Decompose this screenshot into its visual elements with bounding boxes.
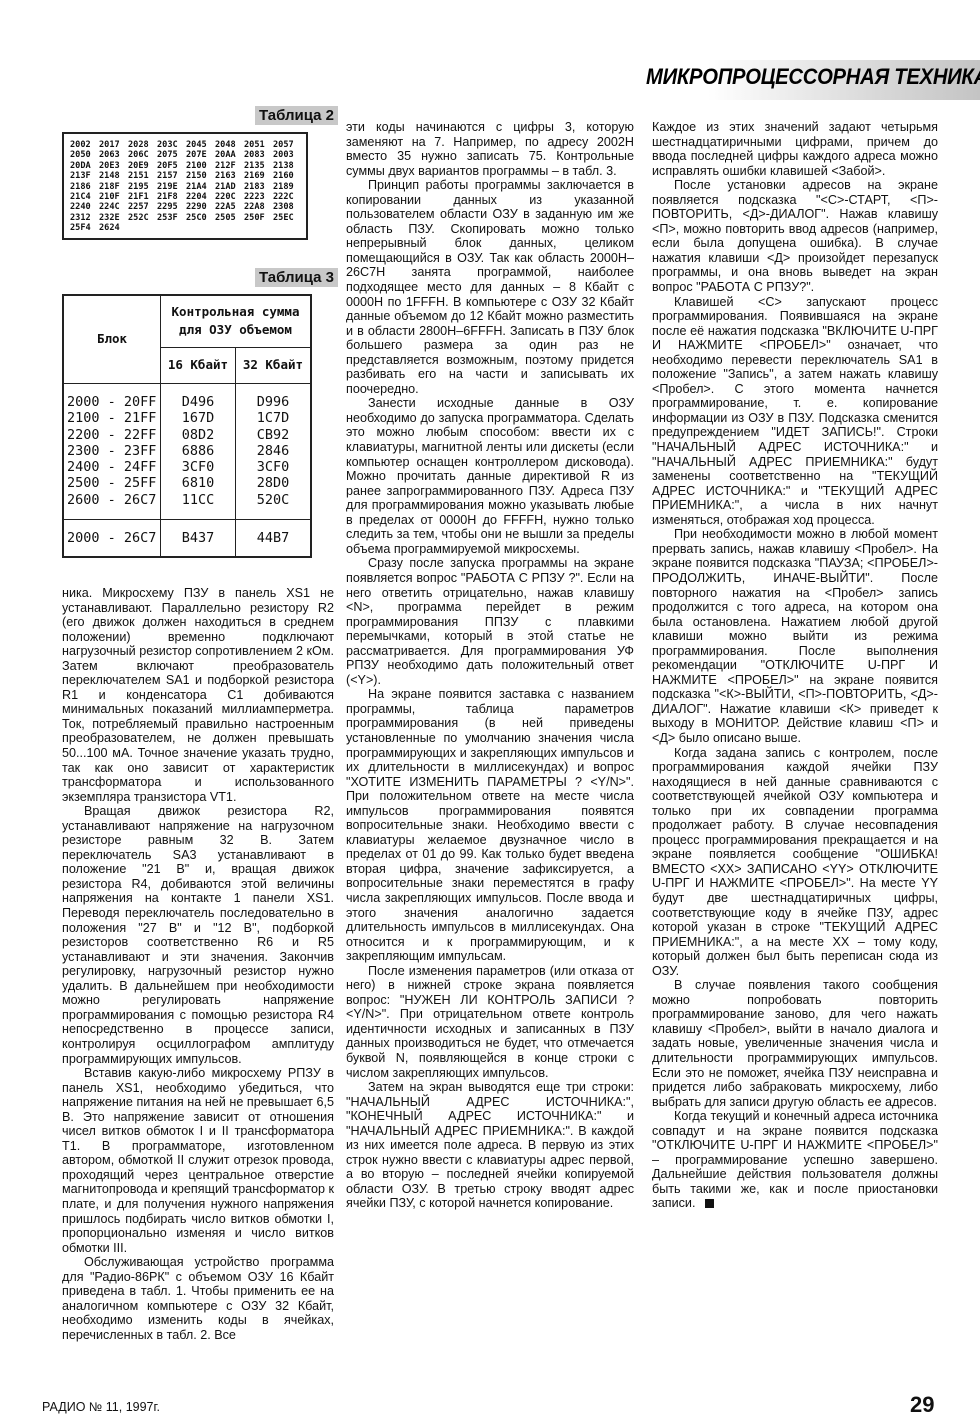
table2-cell: 2075 bbox=[157, 150, 186, 160]
table2-cell: 213F bbox=[70, 171, 99, 181]
table3-cell: 2300 - 23FF bbox=[67, 443, 160, 459]
table2-cell: 218F bbox=[99, 182, 128, 192]
paragraph: При необходимости можно в любой момент п… bbox=[652, 527, 938, 745]
table3-header-32k: 32 Кбайт bbox=[235, 347, 311, 383]
table2-cell: 2150 bbox=[186, 171, 215, 181]
table2-cell: 222C bbox=[273, 192, 302, 202]
table3-cell: D496 bbox=[161, 394, 235, 410]
page-number: 29 bbox=[910, 1392, 934, 1418]
table2: 200220172028203C204520482051205720502063… bbox=[62, 132, 308, 240]
table2-cell: 25C0 bbox=[186, 213, 215, 223]
table2-cell: 2160 bbox=[273, 171, 302, 181]
table2-cell: 21AD bbox=[215, 182, 244, 192]
paragraph: Занести исходные данные в ОЗУ необходимо… bbox=[346, 396, 634, 556]
table2-cell: 2312 bbox=[70, 213, 99, 223]
table2-cell: 2063 bbox=[99, 150, 128, 160]
table2-cell: 2290 bbox=[186, 202, 215, 212]
section-title: МИКРОПРОЦЕССОРНАЯ ТЕХНИКА bbox=[646, 64, 980, 90]
table2-cell: 20DA bbox=[70, 161, 99, 171]
paragraph-final: Когда текущий и конечный адреса источник… bbox=[652, 1109, 938, 1211]
table2-cell: 210F bbox=[99, 192, 128, 202]
table2-cell: 2135 bbox=[244, 161, 273, 171]
table2-cell: 20AA bbox=[215, 150, 244, 160]
table3-cell: 3CF0 bbox=[236, 459, 310, 475]
paragraph: ника. Микросхему ПЗУ в панель XS1 не уст… bbox=[62, 586, 334, 804]
table2-cell: 2183 bbox=[244, 182, 273, 192]
table3-cell: 2846 bbox=[236, 443, 310, 459]
table2-cell: 2505 bbox=[215, 213, 244, 223]
table2-cell: 20F5 bbox=[157, 161, 186, 171]
paragraph: Каждое из этих значений задают четырьмя … bbox=[652, 120, 938, 178]
table2-cell: 2204 bbox=[186, 192, 215, 202]
table2-cell: 220C bbox=[215, 192, 244, 202]
table3-cell: 2200 - 22FF bbox=[67, 427, 160, 443]
table3-cell: 1C7D bbox=[236, 410, 310, 426]
table2-cell: 2308 bbox=[273, 202, 302, 212]
text-column-left: ника. Микросхему ПЗУ в панель XS1 не уст… bbox=[62, 586, 334, 1342]
table3-cell: 2500 - 25FF bbox=[67, 475, 160, 491]
table2-cell: 22A5 bbox=[215, 202, 244, 212]
table3-cell: CB92 bbox=[236, 427, 310, 443]
table3-cell: D996 bbox=[236, 394, 310, 410]
table2-cell: 2045 bbox=[186, 140, 215, 150]
table2-cell: 2163 bbox=[215, 171, 244, 181]
paragraph: Принцип работы программы заключается в к… bbox=[346, 178, 634, 396]
table3-total-block: 2000 - 26C7 bbox=[63, 519, 161, 557]
publication-footer: РАДИО № 11, 1997г. bbox=[42, 1400, 160, 1414]
table3-32k-column: D9961C7DCB9228463CF028D0520C bbox=[235, 383, 311, 519]
paragraph: Вставив какую-либо микросхему РПЗУ в пан… bbox=[62, 1066, 334, 1255]
table2-cell: 2257 bbox=[128, 202, 157, 212]
table2-cell: 2240 bbox=[70, 202, 99, 212]
table2-cell: 232E bbox=[99, 213, 128, 223]
paragraph: Затем на экран выводятся еще три строки:… bbox=[346, 1080, 634, 1211]
table2-cell: 21F8 bbox=[157, 192, 186, 202]
table2-cell: 207E bbox=[186, 150, 215, 160]
table3-header-checksum: Контрольная сумма для ОЗУ объемом bbox=[161, 295, 312, 347]
table2-cell: 2189 bbox=[273, 182, 302, 192]
table3-caption: Таблица 3 bbox=[255, 268, 338, 287]
table2-cell: 2028 bbox=[128, 140, 157, 150]
table3-header-block: Блок bbox=[63, 295, 161, 383]
table3-cell: 08D2 bbox=[161, 427, 235, 443]
table3-total-16k: B437 bbox=[161, 519, 236, 557]
paragraph: Клавишей <С> запускают процесс программи… bbox=[652, 295, 938, 528]
table2-grid: 200220172028203C204520482051205720502063… bbox=[70, 140, 302, 234]
table2-cell: 203C bbox=[157, 140, 186, 150]
table2-cell: 25EC bbox=[273, 213, 302, 223]
paragraph: Вращая движок резистора R2, устанавливаю… bbox=[62, 804, 334, 1066]
table2-cell: 2003 bbox=[273, 150, 302, 160]
table3: Блок Контрольная сумма для ОЗУ объемом 1… bbox=[62, 294, 312, 558]
table2-caption: Таблица 2 bbox=[255, 106, 338, 125]
table2-cell: 252C bbox=[128, 213, 157, 223]
text-column-middle: эти коды начинаются с цифры 3, которую з… bbox=[346, 120, 634, 1211]
paragraph: Сразу после запуска программы на экране … bbox=[346, 556, 634, 687]
table2-cell: 2002 bbox=[70, 140, 99, 150]
table2-cell: 2223 bbox=[244, 192, 273, 202]
table2-cell: 2157 bbox=[157, 171, 186, 181]
table2-cell: 21A4 bbox=[186, 182, 215, 192]
paragraph: эти коды начинаются с цифры 3, которую з… bbox=[346, 120, 634, 178]
table3-total-32k: 44B7 bbox=[235, 519, 311, 557]
table2-cell: 2050 bbox=[70, 150, 99, 160]
table3-cell: 6810 bbox=[161, 475, 235, 491]
table3-cell: 3CF0 bbox=[161, 459, 235, 475]
table2-cell: 22A8 bbox=[244, 202, 273, 212]
table2-cell: 20E3 bbox=[99, 161, 128, 171]
table3-cell: 6886 bbox=[161, 443, 235, 459]
table3-16k-column: D496167D08D268863CF0681011CC bbox=[161, 383, 236, 519]
table2-cell: 212F bbox=[215, 161, 244, 171]
table2-cell: 25F4 bbox=[70, 223, 99, 233]
table2-cell: 2169 bbox=[244, 171, 273, 181]
paragraph: Когда задана запись с контролем, после п… bbox=[652, 746, 938, 979]
table3-block-column: 2000 - 20FF2100 - 21FF2200 - 22FF2300 - … bbox=[63, 383, 161, 519]
paragraph: В случае появления такого сообщения можн… bbox=[652, 978, 938, 1109]
table2-cell: 21F1 bbox=[128, 192, 157, 202]
table2-cell: 2048 bbox=[215, 140, 244, 150]
table2-cell: 2051 bbox=[244, 140, 273, 150]
table2-cell: 206C bbox=[128, 150, 157, 160]
table3-cell: 2600 - 26C7 bbox=[67, 492, 160, 508]
table2-cell: 2100 bbox=[186, 161, 215, 171]
table2-cell: 2138 bbox=[273, 161, 302, 171]
table2-cell: 250F bbox=[244, 213, 273, 223]
table2-cell: 2148 bbox=[99, 171, 128, 181]
table3-cell: 520C bbox=[236, 492, 310, 508]
table2-cell: 2057 bbox=[273, 140, 302, 150]
table2-cell: 2151 bbox=[128, 171, 157, 181]
end-of-article-mark bbox=[705, 1199, 714, 1208]
table2-cell: 20E9 bbox=[128, 161, 157, 171]
table2-cell: 2624 bbox=[99, 223, 128, 233]
table2-cell: 2017 bbox=[99, 140, 128, 150]
paragraph: После установки адресов на экране появля… bbox=[652, 178, 938, 294]
paragraph: На экране появится заставка с названием … bbox=[346, 687, 634, 963]
table2-cell: 224C bbox=[99, 202, 128, 212]
table3-cell: 2000 - 20FF bbox=[67, 394, 160, 410]
text-column-right: Каждое из этих значений задают четырьмя … bbox=[652, 120, 938, 1211]
table2-cell: 2186 bbox=[70, 182, 99, 192]
paragraph: Обслуживающая устройство программа для "… bbox=[62, 1255, 334, 1342]
paragraph: После изменения параметров (или отказа о… bbox=[346, 964, 634, 1080]
table2-cell: 253F bbox=[157, 213, 186, 223]
table3-header-16k: 16 Кбайт bbox=[161, 347, 236, 383]
table3-cell: 2400 - 24FF bbox=[67, 459, 160, 475]
paragraph-text: Когда текущий и конечный адреса источник… bbox=[652, 1109, 938, 1210]
table2-cell: 2083 bbox=[244, 150, 273, 160]
table2-cell: 2295 bbox=[157, 202, 186, 212]
table3-cell: 167D bbox=[161, 410, 235, 426]
table3-cell: 11CC bbox=[161, 492, 235, 508]
table2-cell: 2195 bbox=[128, 182, 157, 192]
table3-cell: 28D0 bbox=[236, 475, 310, 491]
table2-cell: 219E bbox=[157, 182, 186, 192]
table2-cell: 21C4 bbox=[70, 192, 99, 202]
table3-cell: 2100 - 21FF bbox=[67, 410, 160, 426]
